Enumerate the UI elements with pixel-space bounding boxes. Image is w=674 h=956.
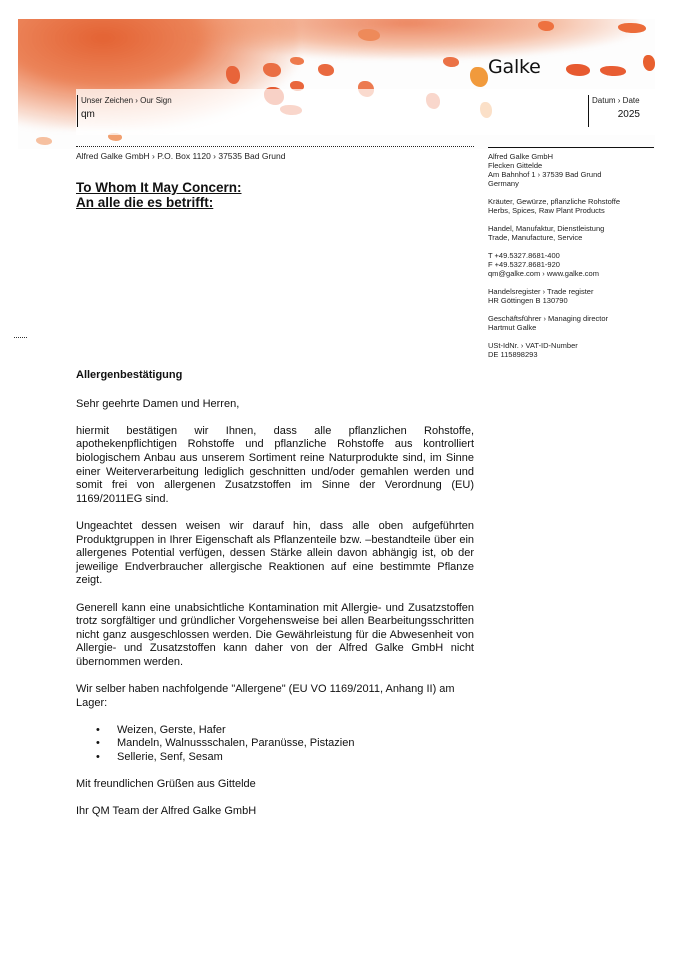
signature: Ihr QM Team der Alfred Galke GmbH xyxy=(76,805,474,819)
address-window-rule xyxy=(76,146,474,147)
paragraph-contamination: Generell kann eine unabsichtliche Kontam… xyxy=(76,602,474,670)
photo-pepper-cluster-top xyxy=(178,19,638,59)
sidebar-info-line: Handelsregister › Trade register xyxy=(488,287,658,296)
allergen-text: Weizen, Gerste, Hafer xyxy=(117,724,226,736)
our-sign-label: Unser Zeichen › Our Sign xyxy=(81,95,172,106)
sidebar-info-line: Kräuter, Gewürze, pflanzliche Rohstoffe xyxy=(488,197,658,206)
brand-logo: Galke xyxy=(488,56,541,78)
sidebar-info-line: Hartmut Galke xyxy=(488,323,658,332)
letter-subject: Allergenbestätigung xyxy=(76,369,474,383)
sidebar-info-line: Flecken Gittelde xyxy=(488,161,658,170)
sidebar-info-group: Alfred Galke GmbHFlecken GitteldeAm Bahn… xyxy=(488,152,658,188)
sidebar-info-group: Handelsregister › Trade registerHR Götti… xyxy=(488,287,658,305)
paragraph-allergen-potential: Ungeachtet dessen weisen wir darauf hin,… xyxy=(76,520,474,588)
photo-pepper-piece xyxy=(226,66,240,84)
sidebar-info-line: qm@galke.com › www.galke.com xyxy=(488,269,658,278)
allergen-text: Sellerie, Senf, Sesam xyxy=(117,751,223,763)
greeting: Sehr geehrte Damen und Herren, xyxy=(76,398,474,412)
heading-english: To Whom It May Concern: xyxy=(76,180,242,195)
letter-body: Allergenbestätigung Sehr geehrte Damen u… xyxy=(76,369,474,833)
date-value: 2025 xyxy=(592,109,652,120)
photo-pepper-piece xyxy=(566,64,590,76)
date-field: Datum › Date 2025 xyxy=(588,95,652,127)
photo-pepper-piece xyxy=(358,29,380,41)
heading-german: An alle die es betrifft: xyxy=(76,195,242,210)
bullet-icon: • xyxy=(96,751,100,765)
sidebar-info-group: T +49.5327.8681-400F +49.5327.8681-920qm… xyxy=(488,251,658,278)
bullet-icon: • xyxy=(96,724,100,738)
company-info-sidebar: Alfred Galke GmbHFlecken GitteldeAm Bahn… xyxy=(488,152,658,368)
sidebar-info-line: Geschäftsführer › Managing director xyxy=(488,314,658,323)
sidebar-info-line: Germany xyxy=(488,179,658,188)
sidebar-info-group: Handel, Manufaktur, DienstleistungTrade,… xyxy=(488,224,658,242)
allergen-text: Mandeln, Walnussschalen, Paranüsse, Pist… xyxy=(117,737,354,749)
photo-pepper-piece xyxy=(600,66,626,76)
date-label: Datum › Date xyxy=(592,95,652,106)
closing: Mit freundlichen Grüßen aus Gittelde xyxy=(76,778,474,792)
sidebar-info-line: HR Göttingen B 130790 xyxy=(488,296,658,305)
sidebar-info-group: Geschäftsführer › Managing directorHartm… xyxy=(488,314,658,332)
photo-pepper-piece xyxy=(263,63,281,77)
recipient-heading: To Whom It May Concern: An alle die es b… xyxy=(76,180,242,210)
allergen-list-item: •Weizen, Gerste, Hafer xyxy=(117,724,474,738)
paragraph-allergens-in-stock: Wir selber haben nachfolgende "Allergene… xyxy=(76,683,474,710)
bullet-icon: • xyxy=(96,737,100,751)
allergen-list: •Weizen, Gerste, Hafer •Mandeln, Walnuss… xyxy=(76,724,474,765)
allergen-list-item: •Mandeln, Walnussschalen, Paranüsse, Pis… xyxy=(117,737,474,751)
sidebar-info-group: USt-IdNr. › VAT-ID-NumberDE 115898293 xyxy=(488,341,658,359)
sidebar-info-line: Herbs, Spices, Raw Plant Products xyxy=(488,206,658,215)
sidebar-info-line: DE 115898293 xyxy=(488,350,658,359)
sidebar-info-line: Trade, Manufacture, Service xyxy=(488,233,658,242)
sidebar-info-line: USt-IdNr. › VAT-ID-Number xyxy=(488,341,658,350)
photo-pepper-piece xyxy=(643,55,655,71)
paragraph-confirmation: hiermit bestätigen wir Ihnen, dass alle … xyxy=(76,425,474,507)
photo-pepper-piece xyxy=(290,57,304,65)
sidebar-info-line: Alfred Galke GmbH xyxy=(488,152,658,161)
sidebar-rule xyxy=(488,147,654,148)
sidebar-info-group: Kräuter, Gewürze, pflanzliche RohstoffeH… xyxy=(488,197,658,215)
photo-pepper-piece xyxy=(36,137,52,145)
our-sign-value: qm xyxy=(81,109,172,120)
sidebar-info-line: F +49.5327.8681-920 xyxy=(488,260,658,269)
sidebar-info-line: T +49.5327.8681-400 xyxy=(488,251,658,260)
our-sign-field: Unser Zeichen › Our Sign qm xyxy=(77,95,172,127)
return-address: Alfred Galke GmbH › P.O. Box 1120 › 3753… xyxy=(76,151,285,161)
allergen-list-item: •Sellerie, Senf, Sesam xyxy=(117,751,474,765)
header-photo-dried-peppers xyxy=(18,19,655,149)
fold-mark xyxy=(14,337,27,338)
photo-pepper-piece xyxy=(443,57,459,67)
sidebar-info-line: Am Bahnhof 1 › 37539 Bad Grund xyxy=(488,170,658,179)
photo-pepper-piece xyxy=(470,67,488,87)
photo-pepper-piece xyxy=(318,64,334,76)
photo-pepper-piece xyxy=(538,21,554,31)
sidebar-info-line: Handel, Manufaktur, Dienstleistung xyxy=(488,224,658,233)
